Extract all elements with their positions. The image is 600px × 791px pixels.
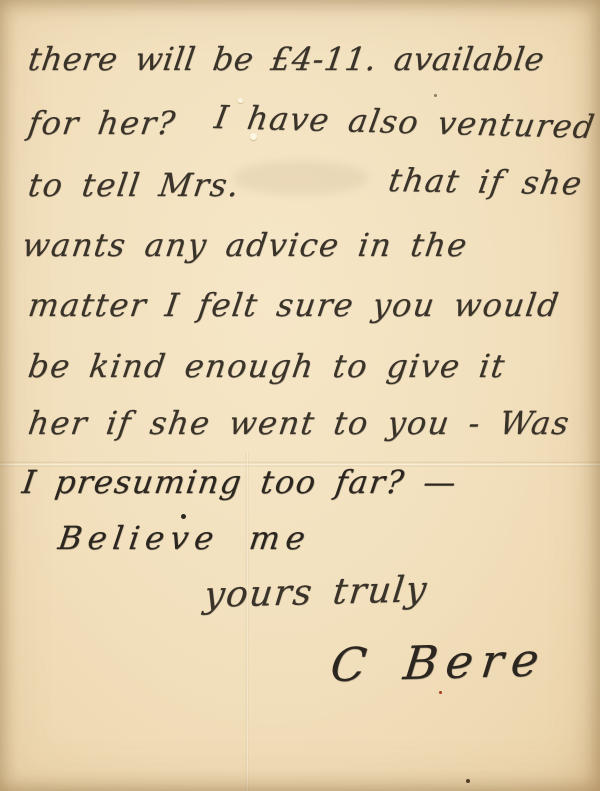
paper-speck	[466, 779, 470, 783]
letter-line-3-text-b: that if she	[386, 163, 585, 202]
letter-line-1-text: there will be £4-11. available	[26, 42, 547, 77]
letter-page: there will be £4-11. available for her? …	[0, 0, 600, 791]
signature: C Bere	[328, 634, 550, 690]
letter-line-8-text: I presuming too far? —	[20, 465, 459, 500]
vertical-fold-crease	[245, 452, 249, 791]
letter-line-4-text: wants any advice in the	[20, 228, 470, 263]
letter-line-6-text: be kind enough to give it	[26, 349, 508, 384]
paper-speck	[434, 94, 437, 97]
erased-name-smudge	[233, 161, 368, 195]
letter-valediction: yours truly	[202, 570, 430, 615]
letter-line-3-text-a: to tell Mrs.	[26, 168, 242, 203]
letter-line-5-text: matter I felt sure you would	[26, 288, 562, 323]
red-speck	[439, 691, 442, 694]
letter-line-7-text: her if she went to you - Was	[26, 406, 572, 441]
letter-line-2-text-a: for her?	[26, 106, 179, 141]
letter-line-2-text-b: I have also ventured	[212, 100, 598, 145]
letter-closing: Believe me	[56, 521, 313, 556]
